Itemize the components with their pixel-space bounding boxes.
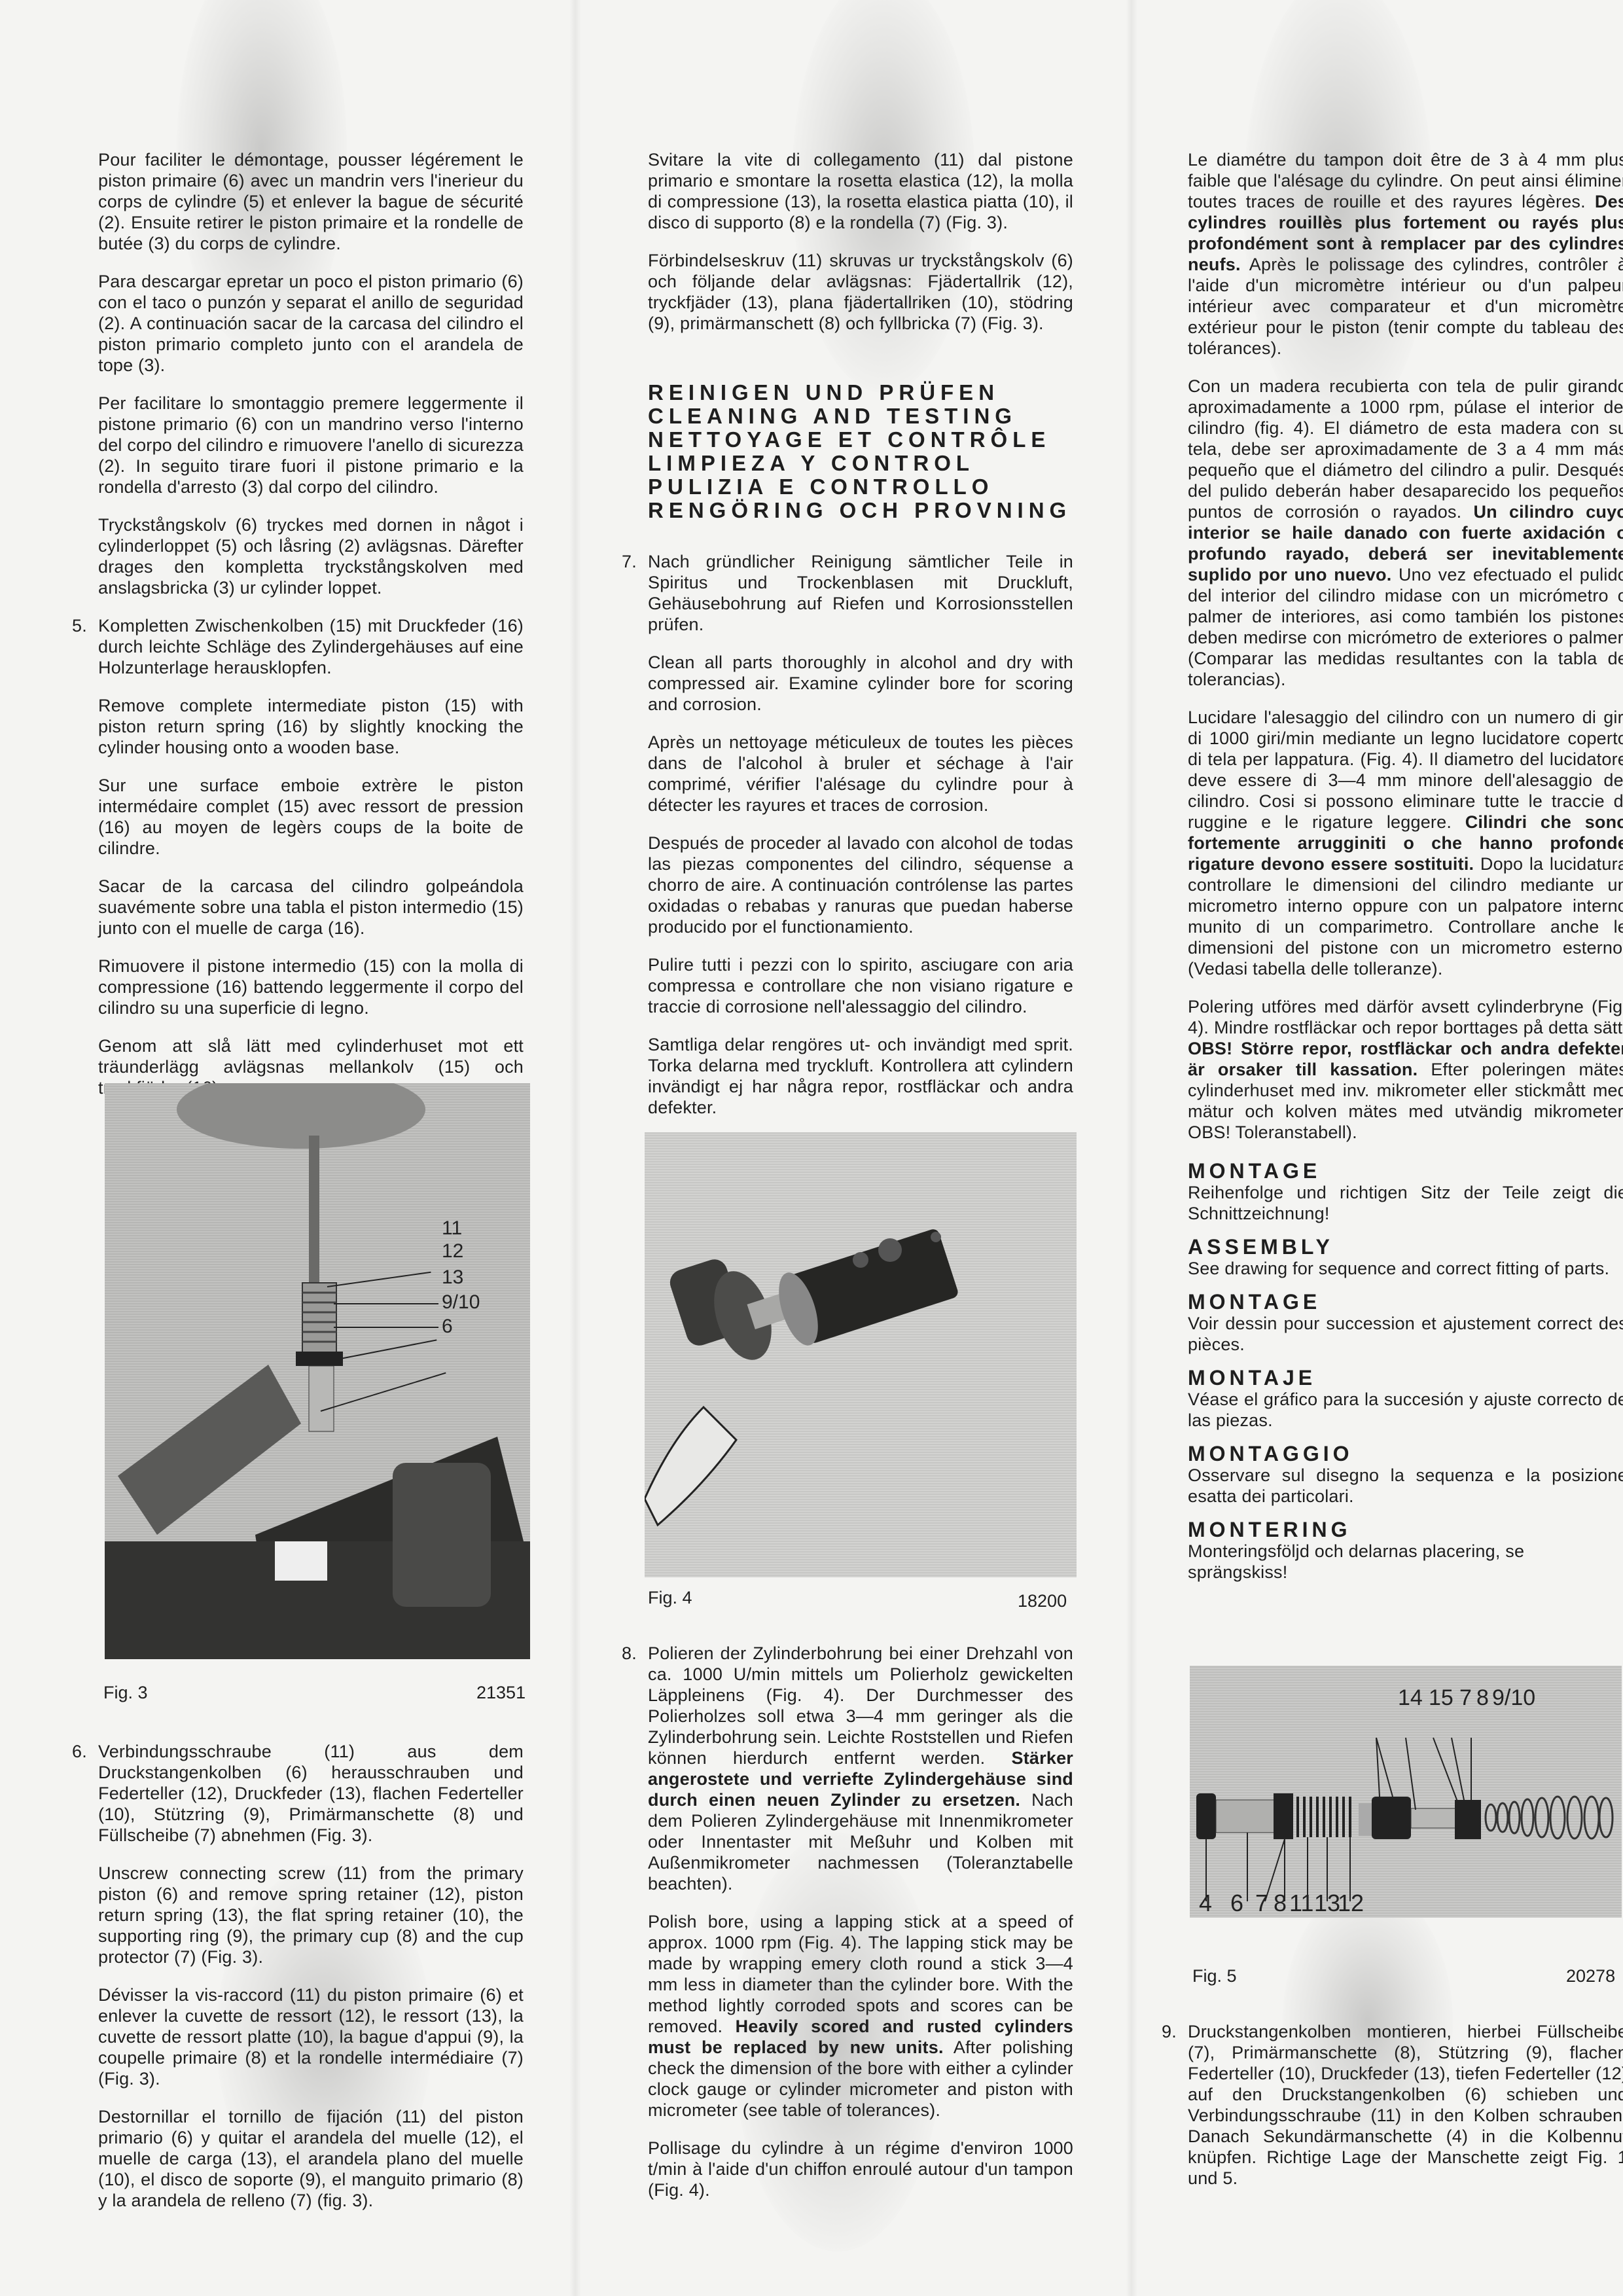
assembly-text-es: Véase el gráfico para la succesión y aju… <box>1188 1389 1623 1431</box>
callout-label: 11 <box>1289 1890 1313 1917</box>
right-column-lower: 9.Druckstangenkolben montieren, hierbei … <box>1188 2021 1623 2206</box>
callout-label: 15 <box>1429 1685 1454 1711</box>
assembly-title-es: MONTAJE <box>1188 1367 1623 1389</box>
figure-4-number: 18200 <box>1018 1590 1067 1611</box>
paragraph-fr: Le diamétre du tampon doit être de 3 à 4… <box>1188 149 1623 359</box>
step-number: 5. <box>72 615 87 636</box>
assembly-section: MONTAGE Reihenfolge und richtigen Sitz d… <box>1188 1160 1623 1583</box>
paragraph-it: Lucidare l'alesaggio del cilindro con un… <box>1188 707 1623 979</box>
heading-en: CLEANING AND TESTING <box>648 404 1073 428</box>
callout-label: 4 <box>1199 1890 1212 1917</box>
step-7-fr: Après un nettoyage méticuleux de toutes … <box>648 732 1073 816</box>
assembly-title-de: MONTAGE <box>1188 1160 1623 1182</box>
assembly-text-fr: Voir dessin pour succession et ajustemen… <box>1188 1313 1623 1355</box>
callout-label: 9/10 <box>1492 1685 1535 1711</box>
piston-disassembly-illustration <box>105 1083 530 1659</box>
figure-4-caption: Fig. 4 <box>648 1587 692 1608</box>
paragraph-es: Para descargar epretar un poco el piston… <box>98 271 524 376</box>
assembly-title-it: MONTAGGIO <box>1188 1443 1623 1465</box>
paragraph-es: Con un madera recubierta con tela de pul… <box>1188 376 1623 690</box>
callout-label: 13 <box>442 1266 463 1289</box>
step-7-de: 7.Nach gründlicher Reinigung sämtlicher … <box>648 551 1073 635</box>
step-7-es: Después de proceder al lavado con alcoho… <box>648 833 1073 937</box>
paragraph-sv: Polering utföres med därför avsett cylin… <box>1188 996 1623 1143</box>
assembly-title-fr: MONTAGE <box>1188 1291 1623 1313</box>
lapping-stick-illustration <box>645 1132 1077 1577</box>
figure-5-number: 20278 <box>1566 1965 1615 1986</box>
step-5-es: Sacar de la carcasa del cilindro golpeán… <box>98 876 524 939</box>
callout-label: 7 <box>1255 1890 1268 1917</box>
assembly-text-sv: Monteringsföljd och delarnas placering, … <box>1188 1541 1623 1583</box>
callout-label: 8 <box>1274 1890 1287 1917</box>
assembly-title-en: ASSEMBLY <box>1188 1236 1623 1258</box>
figure-4-photo <box>645 1132 1077 1577</box>
step-8-en: Polish bore, using a lapping stick at a … <box>648 1911 1073 2121</box>
middle-column: Svitare la vite di collegamento (11) dal… <box>648 149 1073 1135</box>
callout-label: 8 <box>1476 1685 1489 1711</box>
step-number: 7. <box>622 551 637 572</box>
step-9-de: 9.Druckstangenkolben montieren, hierbei … <box>1188 2021 1623 2189</box>
figure-3-photo: 11 12 13 9/10 6 <box>105 1083 530 1659</box>
assembly-title-sv: MONTERING <box>1188 1518 1623 1541</box>
step-7-en: Clean all parts thoroughly in alcohol an… <box>648 652 1073 715</box>
middle-column-lower: 8.Polieren der Zylinderbohrung bei einer… <box>648 1643 1073 2217</box>
paragraph-sv: Tryckstångskolv (6) tryckes med dornen i… <box>98 514 524 598</box>
step-number: 8. <box>622 1643 637 1664</box>
step-7-sv: Samtliga delar rengöres ut- och invändig… <box>648 1034 1073 1118</box>
step-8-fr: Pollisage du cylindre à un régime d'envi… <box>648 2138 1073 2200</box>
step-6-en: Unscrew connecting screw (11) from the p… <box>98 1863 524 1967</box>
assembly-text-de: Reihenfolge und richtigen Sitz der Teile… <box>1188 1182 1623 1224</box>
paragraph-sv: Förbindelseskruv (11) skruvas ur tryckst… <box>648 250 1073 334</box>
paragraph-fr: Pour faciliter le démontage, pousser lég… <box>98 149 524 254</box>
section-heading-cleaning: REINIGEN UND PRÜFEN CLEANING AND TESTING… <box>648 381 1073 522</box>
callout-label: 6 <box>1230 1890 1243 1917</box>
step-7-it: Pulire tutti i pezzi con lo spirito, asc… <box>648 954 1073 1017</box>
figure-5-photo: 14 15 7 8 9/10 4 6 7 8 11 13 12 <box>1190 1666 1622 1918</box>
figure-5-caption: Fig. 5 <box>1192 1965 1237 1986</box>
figure-3-caption: Fig. 3 <box>103 1682 148 1703</box>
heading-fr: NETTOYAGE ET CONTRÔLE <box>648 428 1073 452</box>
callout-label: 6 <box>442 1316 453 1338</box>
step-6-fr: Dévisser la vis-raccord (11) du piston p… <box>98 1984 524 2089</box>
leader-line <box>334 1303 438 1304</box>
page-fold <box>569 0 581 2296</box>
callout-label: 12 <box>442 1240 463 1263</box>
step-number: 6. <box>72 1741 87 1762</box>
callout-label: 9/10 <box>442 1291 480 1314</box>
right-column: Le diamétre du tampon doit être de 3 à 4… <box>1188 149 1623 1592</box>
callout-label: 14 <box>1398 1685 1423 1711</box>
heading-sv: RENGÖRING OCH PROVNING <box>648 499 1073 522</box>
assembly-text-it: Osservare sul disegno la sequenza e la p… <box>1188 1465 1623 1507</box>
callout-label: 7 <box>1459 1685 1472 1711</box>
heading-es: LIMPIEZA Y CONTROL <box>648 452 1073 475</box>
leader-line <box>334 1327 438 1328</box>
figure-3-number: 21351 <box>476 1682 526 1703</box>
step-5-it: Rimuovere il pistone intermedio (15) con… <box>98 956 524 1018</box>
step-number: 9. <box>1162 2021 1177 2042</box>
step-5-en: Remove complete intermediate piston (15)… <box>98 695 524 758</box>
step-6-de: 6.Verbindungsschraube (11) aus dem Druck… <box>98 1741 524 1846</box>
callout-label: 12 <box>1338 1890 1364 1917</box>
paragraph-it: Svitare la vite di collegamento (11) dal… <box>648 149 1073 233</box>
step-5-de: 5.Kompletten Zwischenkolben (15) mit Dru… <box>98 615 524 678</box>
callout-label: 13 <box>1314 1890 1340 1917</box>
page-fold <box>1126 0 1137 2296</box>
callout-label: 11 <box>442 1217 462 1240</box>
step-6-es: Destornillar el tornillo de fijación (11… <box>98 2106 524 2211</box>
paragraph-it: Per facilitare lo smontaggio premere leg… <box>98 393 524 497</box>
heading-it: PULIZIA E CONTROLLO <box>648 475 1073 499</box>
heading-de: REINIGEN UND PRÜFEN <box>648 381 1073 404</box>
left-column-lower: 6.Verbindungsschraube (11) aus dem Druck… <box>98 1741 524 2228</box>
step-5-fr: Sur une surface emboie extrère le piston… <box>98 775 524 859</box>
left-column: Pour faciliter le démontage, pousser lég… <box>98 149 524 1115</box>
assembly-text-en: See drawing for sequence and correct fit… <box>1188 1258 1623 1279</box>
step-8-de: 8.Polieren der Zylinderbohrung bei einer… <box>648 1643 1073 1894</box>
